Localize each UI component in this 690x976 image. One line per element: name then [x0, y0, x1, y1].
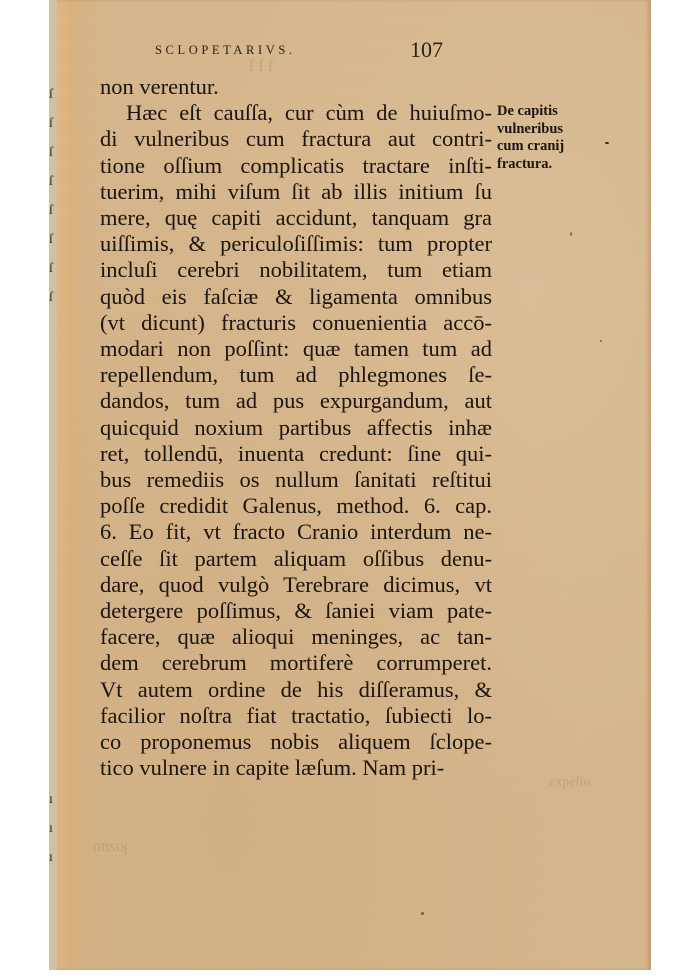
paper-speck	[600, 340, 602, 342]
text-line: incluſi cerebri nobilitatem, tum etiam	[100, 257, 492, 283]
text-line: co proponemus nobis aliquem ſclope-	[100, 729, 492, 755]
text-line: dandos, tum ad pus expurgandum, aut	[100, 388, 492, 414]
facing-page-glyphs: ſſſſſſſſ	[49, 80, 57, 312]
text-line: 6. Eo fit, vt fracto Cranio interdum ne-	[100, 519, 492, 545]
text-line: detergere poſſimus, & ſaniei viam pate-	[100, 598, 492, 624]
bleed-through-text: expeſſo.	[549, 775, 594, 791]
text-line: uiſſimis, & periculoſiſſimis: tum propte…	[100, 231, 492, 257]
paper-speck	[421, 912, 424, 915]
text-line: dem cerebrum mortiferè corrumperet.	[100, 650, 492, 676]
page-number: 107	[410, 37, 443, 63]
marginal-note-line: cum cranij	[497, 138, 564, 156]
text-line: facere, quæ alioqui meninges, ac tan-	[100, 624, 492, 650]
bleed-through-text: onsıʞ	[93, 838, 128, 856]
text-line: ret, tollendū, inuenta credunt: ſine qui…	[100, 441, 492, 467]
text-line: tuerim, mihi viſum ſit ab illis initium …	[100, 179, 492, 205]
running-title: sclopetarivs.	[155, 43, 296, 58]
text-line: quòd eis faſciæ & ligamenta omnibus	[100, 284, 492, 310]
paper-speck	[570, 232, 572, 236]
bleed-through-text: ſ ſ ſ	[249, 55, 273, 76]
marginal-note-line: De capitis	[497, 103, 564, 121]
text-line: poſſe credidit Galenus, method. 6. cap.	[100, 493, 492, 519]
text-line: repellendum, tum ad phlegmones ſe-	[100, 362, 492, 388]
text-line: mere, quę capiti accidunt, tanquam gra	[100, 205, 492, 231]
text-line: di vulneribus cum fractura aut contri-	[100, 126, 492, 152]
text-line: tico vulnere in capite læſum. Nam pri-	[100, 755, 492, 781]
text-line: bus remediis os nullum ſanitati reſtitui	[100, 467, 492, 493]
facing-page-glyphs-bottom: ııı	[49, 785, 57, 872]
text-line: Hæc eſt cauſſa, cur cùm de huiuſmo-	[100, 100, 492, 126]
text-line: Vt autem ordine de his diſſeramus, &	[100, 677, 492, 703]
marginal-note: De capitis vulneribus cum cranij fractur…	[497, 103, 564, 173]
text-line: quicquid noxium partibus affectis inhæ	[100, 415, 492, 441]
text-line: dare, quod vulgò Terebrare dicimus, vt	[100, 572, 492, 598]
text-line: tione oſſium complicatis tractare inſti-	[100, 153, 492, 179]
marginal-note-line: fractura.	[497, 156, 564, 174]
paper-speck	[605, 142, 609, 144]
marginal-note-line: vulneribus	[497, 121, 564, 139]
text-line: modari non poſſint: quæ tamen tum ad	[100, 336, 492, 362]
text-line: ceſſe ſit partem aliquam oſſibus denu-	[100, 546, 492, 572]
body-text: non verentur. Hæc eſt cauſſa, cur cùm de…	[100, 74, 492, 781]
text-line: (vt dicunt) fracturis conuenientia accō-	[100, 310, 492, 336]
text-line: non verentur.	[100, 74, 492, 100]
text-line: facilior noſtra fiat tractatio, ſubiecti…	[100, 703, 492, 729]
